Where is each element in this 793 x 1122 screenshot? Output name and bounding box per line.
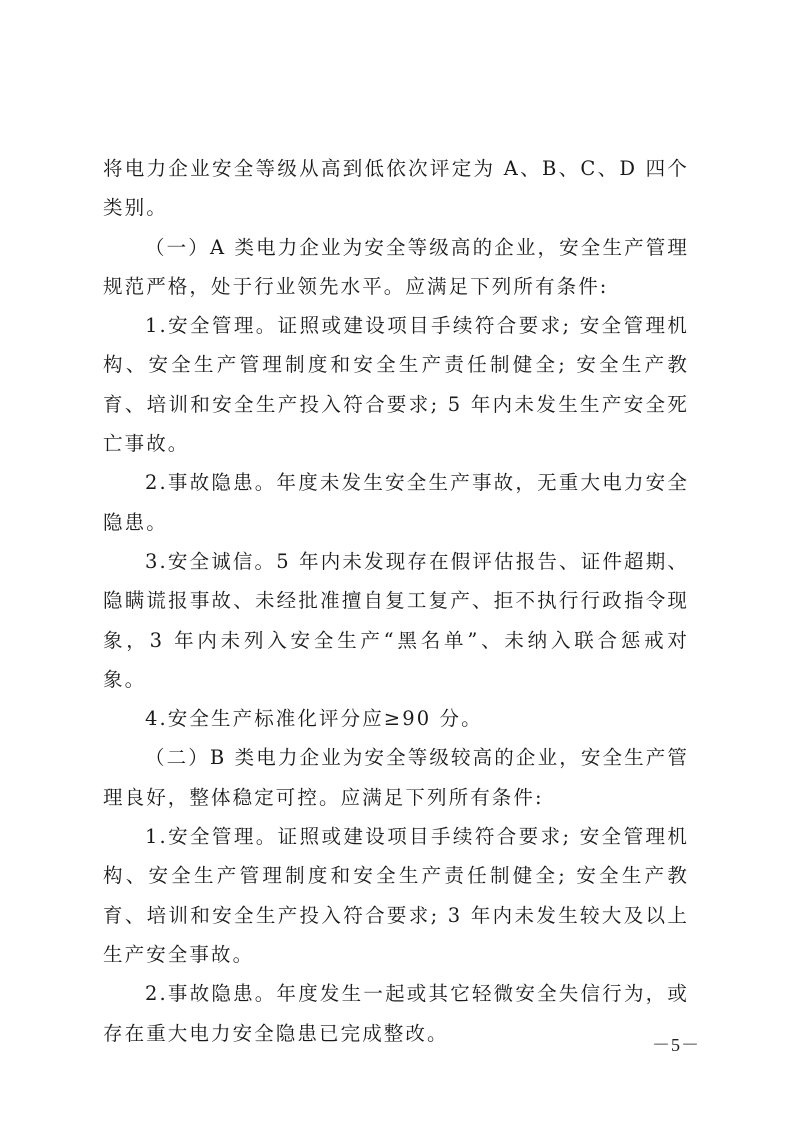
class-b-item-safety-management: 1.安全管理。证照或建设项目手续符合要求; 安全管理机构、安全生产管理制度和安全… (103, 817, 689, 974)
page-number: －5－ (652, 1031, 700, 1057)
section-heading-class-a: （一）A 类电力企业为安全等级高的企业，安全生产管理规范严格，处于行业领先水平。… (103, 228, 689, 307)
class-a-item-safety-management: 1.安全管理。证照或建设项目手续符合要求; 安全管理机构、安全生产管理制度和安全… (103, 306, 689, 463)
document-page-body: 将电力企业安全等级从高到低依次评定为 A、B、C、D 四个类别。 （一）A 类电… (103, 149, 689, 1053)
class-a-item-safety-integrity: 3.安全诚信。5 年内未发现存在假评估报告、证件超期、隐瞒谎报事故、未经批准擅自… (103, 542, 689, 699)
section-heading-class-b: （二）B 类电力企业为安全等级较高的企业，安全生产管理良好，整体稳定可控。应满足… (103, 738, 689, 817)
paragraph-grade-categories: 将电力企业安全等级从高到低依次评定为 A、B、C、D 四个类别。 (103, 149, 689, 228)
class-b-item-accident-hazards: 2.事故隐患。年度发生一起或其它轻微安全失信行为，或存在重大电力安全隐患已完成整… (103, 974, 689, 1053)
class-a-item-accident-hazards: 2.事故隐患。年度未发生安全生产事故，无重大电力安全隐患。 (103, 463, 689, 542)
class-a-item-standardization-score: 4.安全生产标准化评分应≥90 分。 (103, 699, 689, 738)
